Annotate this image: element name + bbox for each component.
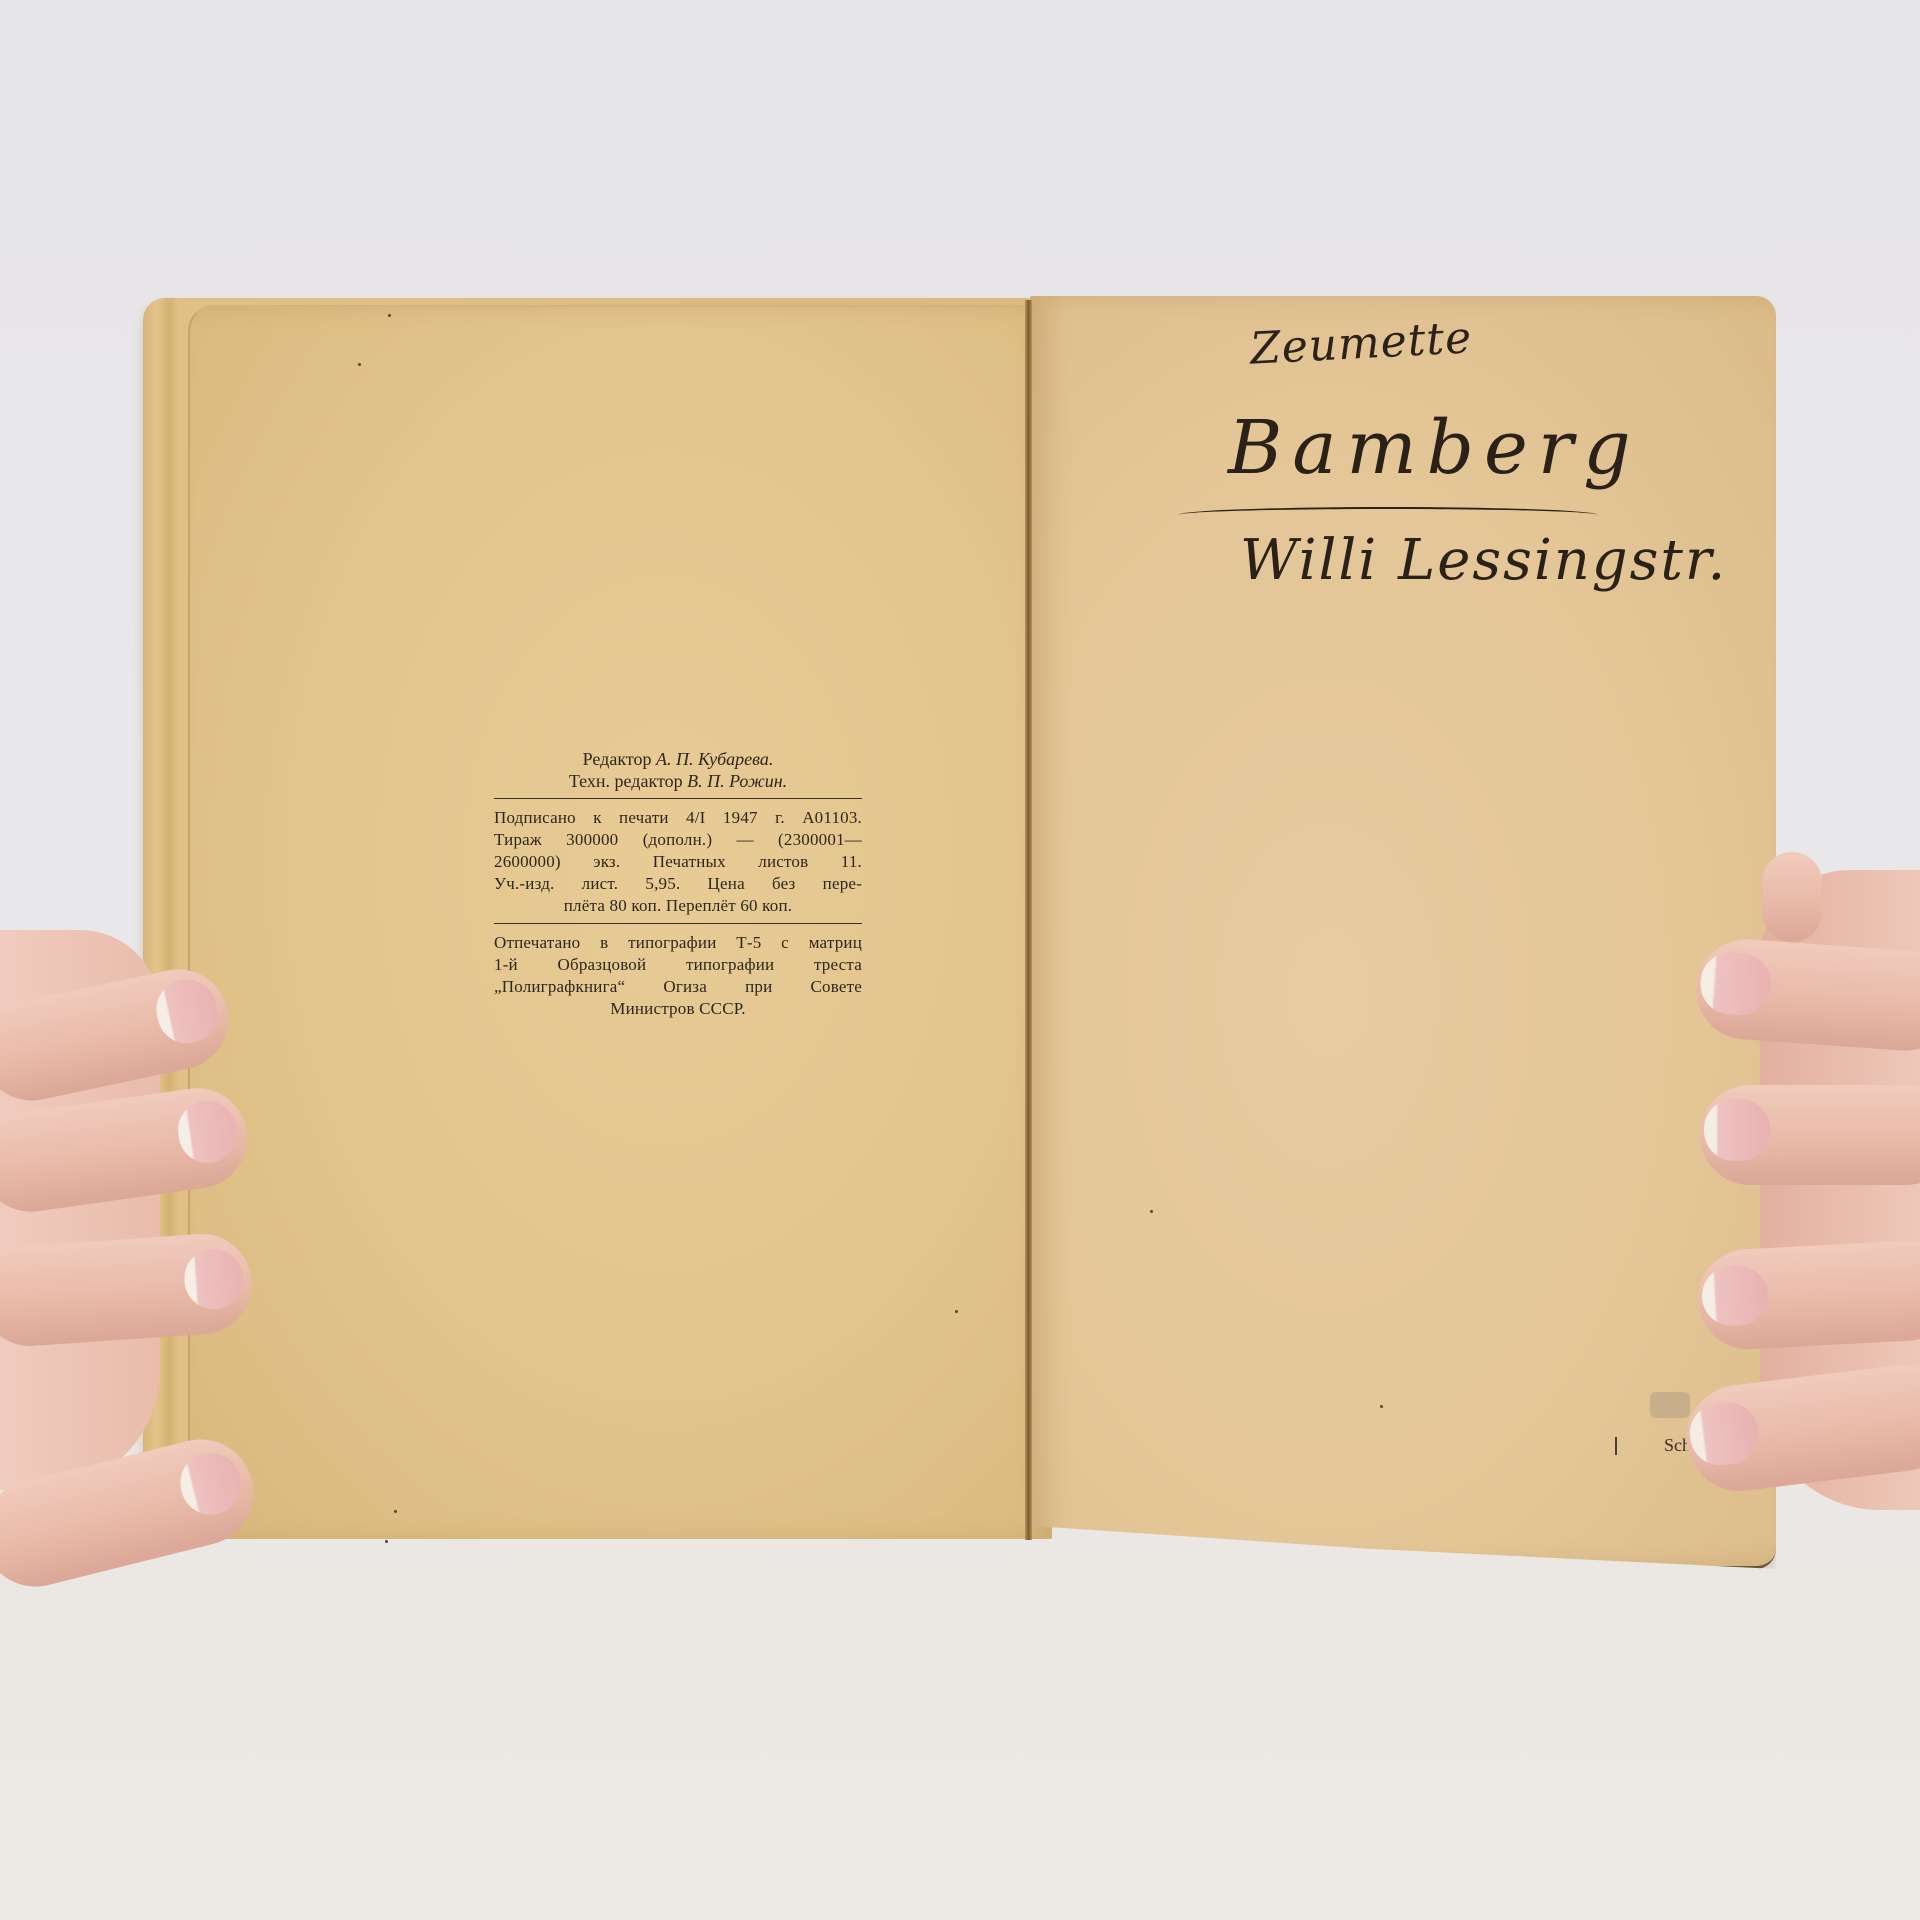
tech-editor-credit: Техн. редактор В. П. Рожин. — [494, 770, 862, 792]
left-hand-finger — [0, 1231, 255, 1350]
handwritten-underline — [1178, 507, 1598, 523]
handwritten-street: Willi Lessingstr. — [1240, 528, 1727, 593]
fingernail — [174, 1446, 247, 1521]
fingernail — [174, 1097, 240, 1166]
print-line: Тираж 300000 (дополн.) — (2300001— — [494, 829, 862, 851]
stamp-smudge — [1650, 1392, 1690, 1418]
right-hand-finger — [1696, 1238, 1920, 1351]
paper-speck — [388, 314, 391, 317]
printer-line: Отпечатано в типографии Т-5 с матриц — [494, 932, 862, 954]
paper-speck — [955, 1310, 958, 1313]
paper-speck — [1380, 1405, 1383, 1408]
divider — [494, 798, 862, 799]
paper-speck — [1150, 1210, 1153, 1213]
open-book: Редактор А. П. Кубарева. Техн. редактор … — [0, 0, 1920, 1920]
tech-editor-name: В. П. Рожин. — [687, 771, 787, 791]
stamp-mark — [1615, 1437, 1617, 1455]
fingernail — [1698, 950, 1772, 1017]
fingernail — [1686, 1399, 1761, 1469]
print-details: Подписано к печати 4/I 1947 г. А01103. Т… — [494, 807, 862, 917]
paper-speck — [385, 1540, 388, 1543]
fingernail — [182, 1247, 244, 1311]
printer-line: „Полиграфкнига“ Огиза при Совете — [494, 976, 862, 998]
printer-line: 1-й Образцовой типографии треста — [494, 954, 862, 976]
print-line: плёта 80 коп. Переплёт 60 коп. — [494, 895, 862, 917]
tech-editor-label: Техн. редактор — [569, 771, 683, 791]
fingernail — [1700, 1264, 1769, 1327]
divider — [494, 923, 862, 924]
handwritten-city: Bamberg — [1228, 405, 1641, 491]
editor-credit: Редактор А. П. Кубарева. — [494, 748, 862, 770]
right-hand-finger — [1700, 1085, 1920, 1185]
printer-details: Отпечатано в типографии Т-5 с матриц 1-й… — [494, 932, 862, 1020]
right-hand-thumb — [1762, 852, 1822, 942]
print-line: Уч.-изд. лист. 5,95. Цена без пере- — [494, 873, 862, 895]
paper-speck — [394, 1510, 397, 1513]
paper-speck — [358, 363, 361, 366]
fingernail — [1704, 1099, 1770, 1161]
colophon-imprint: Редактор А. П. Кубарева. Техн. редактор … — [494, 748, 862, 1020]
print-line: 2600000) экз. Печатных листов 11. — [494, 851, 862, 873]
printer-line: Министров СССР. — [494, 998, 862, 1020]
editor-label: Редактор — [583, 749, 652, 769]
editor-name: А. П. Кубарева. — [656, 749, 773, 769]
print-line: Подписано к печати 4/I 1947 г. А01103. — [494, 807, 862, 829]
fingernail — [151, 974, 223, 1049]
book-gutter — [1025, 300, 1032, 1540]
